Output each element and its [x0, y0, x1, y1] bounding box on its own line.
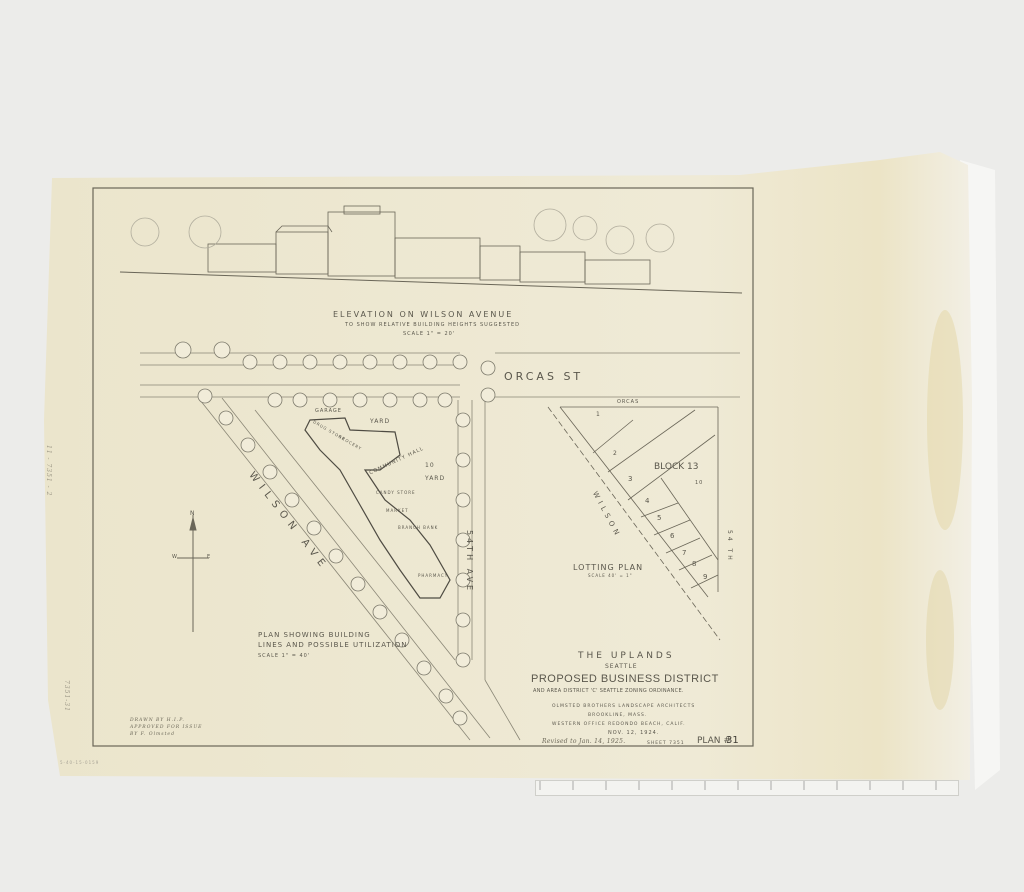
plan-number: 31 — [726, 735, 739, 746]
lot-2: 2 — [613, 450, 618, 457]
building-9-label: PHARMACY — [418, 573, 448, 578]
lot-8: 8 — [692, 560, 697, 568]
project-city: SEATTLE — [605, 663, 638, 670]
lotting-orcas-label: ORCAS — [617, 399, 639, 405]
margin-note-bottom: 7351-31 — [63, 680, 70, 712]
building-10-yard-label: YARD — [425, 475, 445, 482]
building-10-label: 10 — [425, 462, 435, 469]
paper-sheet — [0, 0, 1024, 892]
compass-north: N — [190, 510, 196, 517]
margin-note-top: 11 - 7351 - 2 — [45, 445, 52, 496]
elevation-scale: SCALE 1" = 20' — [403, 331, 455, 337]
lot-1: 1 — [596, 411, 601, 418]
lot-4: 4 — [645, 497, 650, 505]
compass-east: E — [207, 554, 211, 560]
lot-10: 10 — [695, 480, 703, 486]
compass-west: W — [172, 554, 178, 560]
elevation-title: ELEVATION ON WILSON AVENUE — [333, 310, 513, 319]
sheet-number: SHEET 7351 — [647, 741, 685, 746]
western-office: WESTERN OFFICE REDONDO BEACH, CALIF. — [552, 722, 686, 727]
building-6-label: BRANCH BANK — [398, 525, 438, 530]
main-subtitle: AND AREA DISTRICT 'C' SEATTLE ZONING ORD… — [533, 688, 684, 694]
lot-3: 3 — [628, 475, 633, 483]
plan-scale: SCALE 1" = 40' — [258, 653, 310, 659]
garage-label: GARAGE — [315, 408, 342, 414]
plan-caption-line2: LINES AND POSSIBLE UTILIZATION — [258, 641, 408, 649]
54th-avenue-label: 54TH AVE — [465, 530, 474, 593]
plan-date: NOV. 12, 1924. — [608, 730, 659, 736]
lot-9: 9 — [703, 573, 708, 581]
lotting-plan-scale: SCALE 40' = 1" — [588, 573, 633, 578]
elevation-subtitle: TO SHOW RELATIVE BUILDING HEIGHTS SUGGES… — [345, 322, 520, 328]
scanned-document: ELEVATION ON WILSON AVENUE TO SHOW RELAT… — [0, 0, 1024, 892]
building-4-label: CANDY STORE — [376, 490, 416, 495]
lot-7: 7 — [682, 549, 687, 557]
drawn-by: DRAWN BY H.I.P. — [130, 718, 185, 723]
measurement-ruler — [535, 780, 959, 796]
lot-5: 5 — [657, 514, 662, 522]
firm-location: BROOKLINE, MASS. — [588, 713, 647, 718]
building-5-label: MARKET — [386, 508, 409, 513]
approved-by: BY F. Olmsted — [130, 732, 175, 737]
block-label: BLOCK 13 — [654, 462, 698, 472]
lot-6: 6 — [670, 532, 675, 540]
orcas-street-label: ORCAS ST — [504, 370, 583, 383]
lotting-54th-label: 54 TH — [726, 530, 733, 563]
yard-label: YARD — [370, 418, 390, 425]
archive-stamp: 5-40-15-0159 — [60, 760, 99, 765]
approved-for-issue: APPROVED FOR ISSUE — [130, 725, 202, 730]
main-title: PROPOSED BUSINESS DISTRICT — [531, 673, 719, 685]
plan-caption-line1: PLAN SHOWING BUILDING — [258, 631, 371, 639]
lotting-plan-title: LOTTING PLAN — [573, 563, 643, 572]
firm-name: OLMSTED BROTHERS LANDSCAPE ARCHITECTS — [552, 704, 695, 709]
project-name: THE UPLANDS — [578, 651, 675, 661]
revised-note: Revised to Jan. 14, 1925. — [542, 738, 625, 745]
